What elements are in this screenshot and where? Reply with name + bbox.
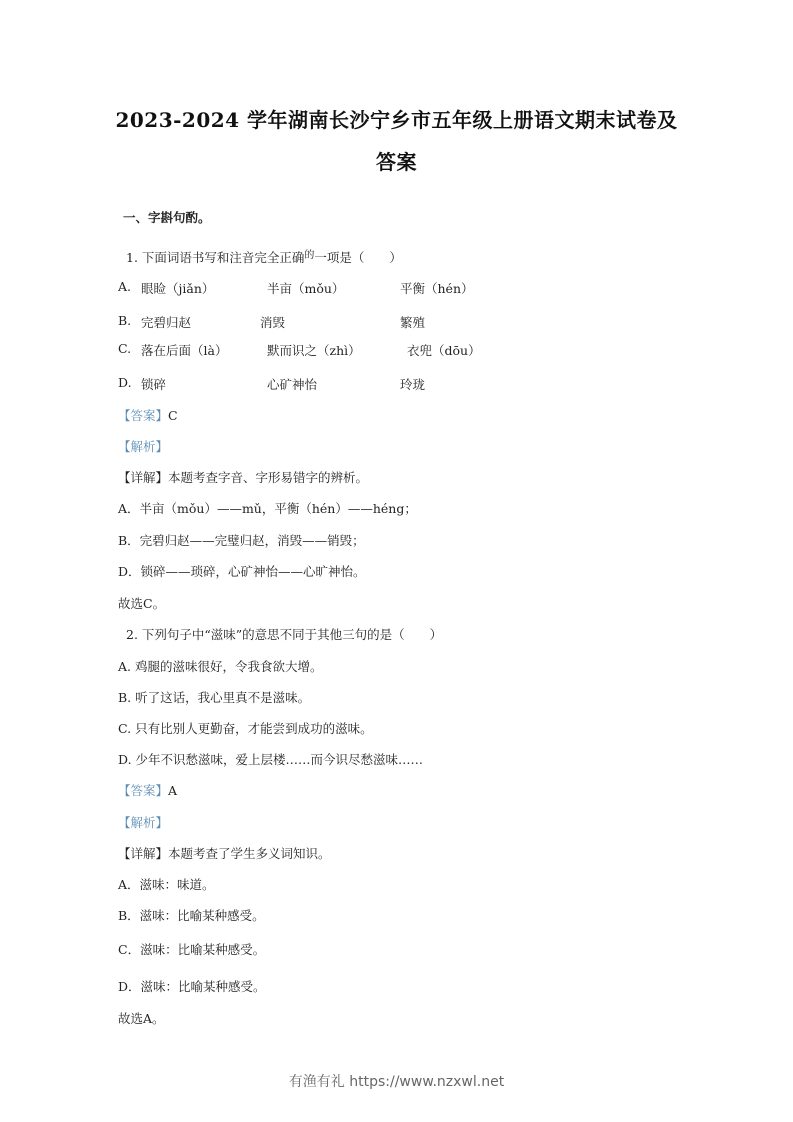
q2-option-d: D. 少年不识愁滋味，爱上层楼……而今识尽愁滋味…… bbox=[118, 750, 423, 768]
answer-value: C bbox=[168, 408, 178, 423]
q1-option-c-label: C. bbox=[118, 341, 131, 356]
q1-option-b-c3: 繁殖 bbox=[400, 313, 425, 331]
detail-label: 【详解】 bbox=[118, 470, 168, 485]
answer-label: 【答案】 bbox=[118, 408, 168, 423]
q2-option-b: B. 听了这话，我心里真不是滋味。 bbox=[118, 688, 310, 706]
q2-explanation-c: C．滋味：比喻某种感受。 bbox=[118, 940, 265, 958]
q2-explanation-d: D．滋味：比喻某种感受。 bbox=[118, 977, 266, 995]
q1-explanation-a: A．半亩（mǒu）——mǔ，平衡（hén）——héng； bbox=[118, 499, 417, 517]
detail-label: 【详解】 bbox=[118, 846, 168, 861]
q1-option-a-c3: 平衡（hén） bbox=[400, 279, 474, 297]
q1-option-a-c2: 半亩（mǒu） bbox=[267, 279, 344, 297]
q1-option-d-c3: 玲珑 bbox=[400, 375, 425, 393]
document-title-line1: 2023-2024 学年湖南长沙宁乡市五年级上册语文期末试卷及 bbox=[0, 104, 793, 133]
q1-stem-part2: 一项是（ ） bbox=[314, 250, 402, 265]
section-heading: 一、字斟句酌。 bbox=[123, 208, 211, 226]
detail-text: 本题考查了学生多义词知识。 bbox=[168, 846, 331, 861]
q2-answer: 【答案】A bbox=[118, 781, 177, 799]
q1-option-a-c1: 眼睑（jiǎn） bbox=[141, 279, 214, 297]
q1-option-c-c1: 落在后面（là） bbox=[141, 341, 227, 359]
q1-option-c-c2: 默而识之（zhì） bbox=[267, 341, 361, 359]
q1-conclusion: 故选C。 bbox=[118, 594, 165, 612]
q1-stem-part1: 1. 下面词语书写和注音完全正确 bbox=[126, 250, 304, 265]
q2-explanation-b: B．滋味：比喻某种感受。 bbox=[118, 906, 265, 924]
answer-label: 【答案】 bbox=[118, 783, 168, 798]
q1-option-a: A. bbox=[118, 279, 131, 294]
q1-option-b-c2: 消毁 bbox=[260, 313, 285, 331]
q1-option-d-c1: 锁碎 bbox=[141, 375, 166, 393]
q1-analysis-label: 【解析】 bbox=[118, 437, 168, 455]
q1-detail: 【详解】本题考查字音、字形易错字的辨析。 bbox=[118, 468, 368, 486]
q1-stem: 1. 下面词语书写和注音完全正确的一项是（ ） bbox=[126, 246, 402, 266]
q1-option-d-c2: 心矿神怡 bbox=[267, 375, 317, 393]
q1-explanation-d: D．锁碎——琐碎，心矿神怡——心旷神怡。 bbox=[118, 562, 366, 580]
footer-watermark: 有渔有礼 https://www.nzxwl.net bbox=[0, 1071, 793, 1091]
q1-option-b-c1: 完碧归赵 bbox=[141, 313, 191, 331]
q2-stem: 2. 下列句子中“滋味”的意思不同于其他三句的是（ ） bbox=[126, 625, 442, 643]
q2-explanation-a: A．滋味：味道。 bbox=[118, 875, 215, 893]
answer-value: A bbox=[168, 783, 177, 798]
q2-option-a: A. 鸡腿的滋味很好，令我食欲大增。 bbox=[118, 657, 322, 675]
q2-option-c: C. 只有比别人更勤奋，才能尝到成功的滋味。 bbox=[118, 719, 373, 737]
q2-analysis-label: 【解析】 bbox=[118, 813, 168, 831]
q2-conclusion: 故选A。 bbox=[118, 1009, 165, 1027]
q1-option-b-label: B. bbox=[118, 313, 131, 328]
document-title-line2: 答案 bbox=[0, 146, 793, 175]
q1-answer: 【答案】C bbox=[118, 406, 178, 424]
q2-detail: 【详解】本题考查了学生多义词知识。 bbox=[118, 844, 331, 862]
q1-explanation-b: B．完碧归赵——完璧归赵，消毁——销毁； bbox=[118, 531, 365, 549]
q1-stem-sup: 的 bbox=[304, 250, 314, 261]
q1-option-c-c3: 衣兜（dōu） bbox=[407, 341, 481, 359]
detail-text: 本题考查字音、字形易错字的辨析。 bbox=[168, 470, 368, 485]
q1-option-d-label: D. bbox=[118, 375, 132, 390]
option-label: A. bbox=[118, 279, 131, 294]
